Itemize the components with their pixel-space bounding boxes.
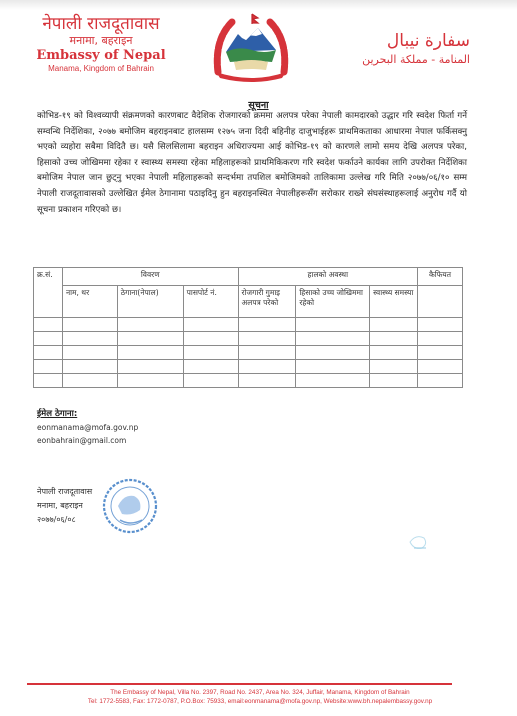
col-job-loss: रोजगारी गुमाइ अलपत्र परेको	[238, 286, 296, 318]
table-row	[34, 318, 463, 332]
col-name: नाम, थर	[62, 286, 117, 318]
signature-block: नेपाली राजदूतावास मनामा, बहराइन २०७७/०६/…	[37, 485, 92, 527]
group-details-header: विवरण	[62, 268, 238, 286]
table-cell	[62, 318, 117, 332]
col-remarks-blank	[418, 286, 463, 318]
table-cell	[183, 332, 238, 346]
table-body	[34, 318, 463, 388]
table-cell	[34, 318, 63, 332]
table-cell	[296, 346, 370, 360]
top-shade	[0, 0, 517, 10]
nepali-subtitle: मनामा, बहराइन	[26, 34, 176, 48]
col-serial-number: क्र.सं.	[34, 268, 63, 318]
table-cell	[418, 332, 463, 346]
table-cell	[62, 332, 117, 346]
table-cell	[238, 318, 296, 332]
table-cell	[238, 374, 296, 388]
registration-table: क्र.सं. विवरण हालको अवस्था कैफियत नाम, थ…	[33, 267, 463, 388]
table-row	[34, 346, 463, 360]
nepal-coat-of-arms-icon	[208, 10, 294, 84]
table-cell	[34, 346, 63, 360]
table-cell	[183, 360, 238, 374]
nepali-title: नेपाली राजदूतावास	[26, 14, 176, 34]
table-row	[34, 374, 463, 388]
letterhead-right: سفارة نيبال المنامة - مملكة البحرين	[320, 30, 470, 68]
table-cell	[117, 318, 183, 332]
table-cell	[183, 346, 238, 360]
table-cell	[34, 332, 63, 346]
table-cell	[34, 374, 63, 388]
arabic-subtitle: المنامة - مملكة البحرين	[320, 52, 470, 68]
table-row	[34, 360, 463, 374]
english-title: Embassy of Nepal	[26, 48, 176, 64]
table-row	[34, 332, 463, 346]
col-remarks: कैफियत	[418, 268, 463, 286]
signature-line-1: नेपाली राजदूतावास	[37, 485, 92, 499]
footer-line-2: Tel: 1772-5583, Fax: 1772-0787, P.O.Box:…	[20, 697, 500, 706]
table-cell	[370, 360, 418, 374]
group-status-header: हालको अवस्था	[238, 268, 418, 286]
english-subtitle: Manama, Kingdom of Bahrain	[26, 64, 176, 74]
table-cell	[183, 318, 238, 332]
letterhead-left: नेपाली राजदूतावास मनामा, बहराइन Embassy …	[26, 14, 176, 74]
table-cell	[34, 360, 63, 374]
col-health-issue: स्वास्थ्य समस्या	[370, 286, 418, 318]
footer-line-1: The Embassy of Nepal, Villa No. 2397, Ro…	[20, 688, 500, 697]
col-passport: पासपोर्ट नं.	[183, 286, 238, 318]
footer-divider	[27, 683, 452, 685]
table-cell	[296, 374, 370, 388]
table-cell	[418, 374, 463, 388]
table-cell	[238, 332, 296, 346]
table-cell	[62, 346, 117, 360]
table-cell	[183, 374, 238, 388]
table-cell	[370, 332, 418, 346]
col-violence-risk: हिसाको उच्च जोखिममा रहेको	[296, 286, 370, 318]
arabic-title: سفارة نيبال	[320, 30, 470, 52]
table-cell	[370, 346, 418, 360]
table-cell	[117, 360, 183, 374]
faint-seal-icon	[404, 528, 434, 554]
table-cell	[238, 360, 296, 374]
table-cell	[296, 332, 370, 346]
email-address-1: eonmanama@mofa.gov.np	[37, 423, 138, 432]
embassy-stamp-icon	[100, 476, 160, 536]
table-cell	[296, 360, 370, 374]
table-cell	[370, 318, 418, 332]
table-cell	[370, 374, 418, 388]
table-cell	[238, 346, 296, 360]
notice-body: कोभिड-१९ को विश्वव्यापी संक्रमणको कारणबा…	[37, 109, 467, 218]
table-cell	[296, 318, 370, 332]
table-cell	[117, 346, 183, 360]
document-page: नेपाली राजदूतावास मनामा, बहराइन Embassy …	[0, 0, 517, 716]
table-cell	[62, 374, 117, 388]
email-label: ईमेल ठेगाना:	[37, 408, 77, 419]
table-cell	[418, 360, 463, 374]
table-cell	[117, 332, 183, 346]
signature-date: २०७७/०६/०८	[37, 513, 92, 527]
table-cell	[418, 318, 463, 332]
email-address-2: eonbahrain@gmail.com	[37, 436, 126, 445]
col-address: ठेगाना(नेपाल)	[117, 286, 183, 318]
table-cell	[117, 374, 183, 388]
footer-address: The Embassy of Nepal, Villa No. 2397, Ro…	[20, 688, 500, 706]
table-cell	[418, 346, 463, 360]
signature-line-2: मनामा, बहराइन	[37, 499, 92, 513]
table-cell	[62, 360, 117, 374]
